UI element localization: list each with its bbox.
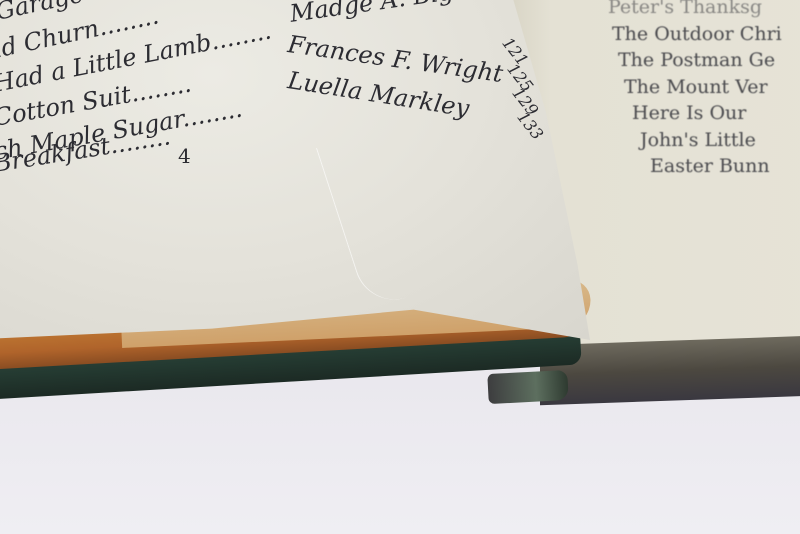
right-toc-entry: Here Is Our xyxy=(632,100,782,127)
right-toc-entry: Easter Bunn xyxy=(650,153,782,180)
book-photo: Peter's Thanksg The Outdoor Chri The Pos… xyxy=(0,0,800,534)
right-toc-entry: The Mount Ver xyxy=(624,74,782,101)
right-toc-entry: The Postman Ge xyxy=(618,47,782,74)
right-toc-entry: Peter's Thanksg xyxy=(608,0,782,21)
frayed-spine-corner xyxy=(487,370,568,404)
right-page-toc: Peter's Thanksg The Outdoor Chri The Pos… xyxy=(608,0,782,180)
page-folio-number: 4 xyxy=(178,144,191,168)
right-toc-entry: The Outdoor Chri xyxy=(612,21,782,48)
right-toc-entry: John's Little xyxy=(640,127,782,154)
